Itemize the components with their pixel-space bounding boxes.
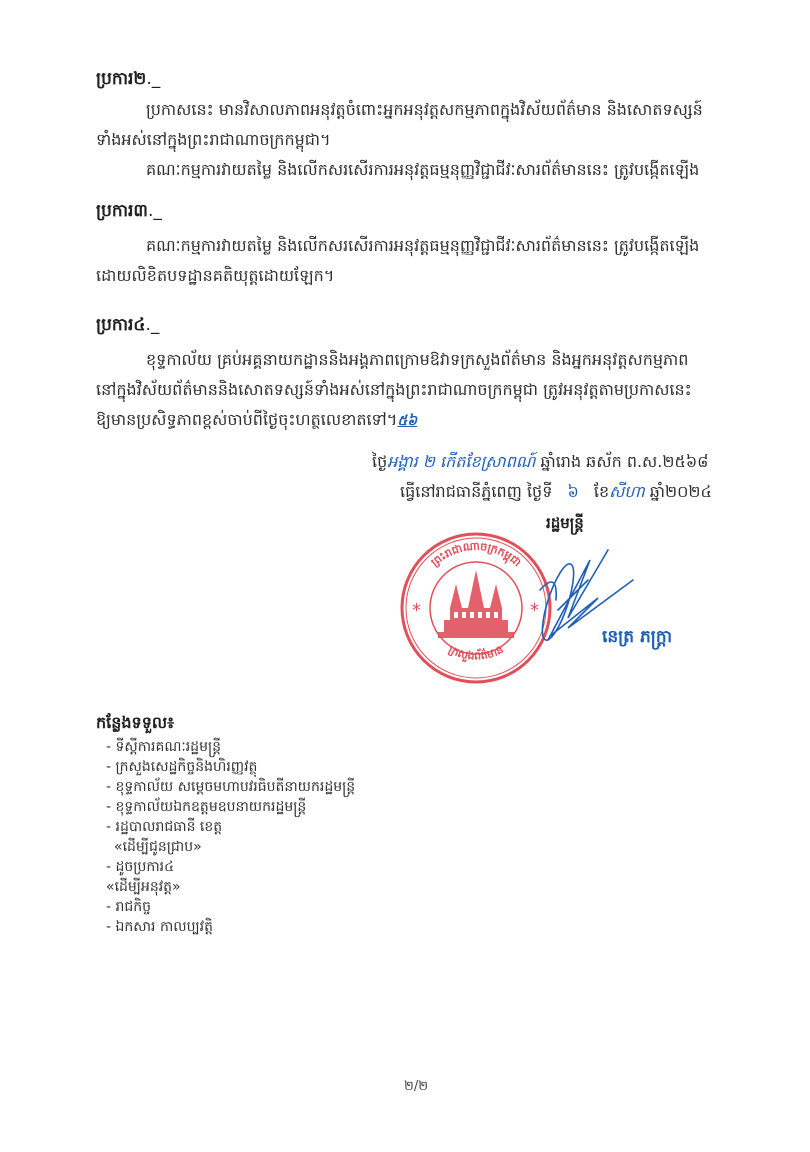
solar-date-month: សីហា: [609, 482, 645, 501]
article-2-para-2: គណៈកម្មការវាយតម្លៃ និងលើកសរសើរការអនុវត្ត…: [146, 156, 699, 184]
article-heading-text: ប្រការ៤: [96, 315, 145, 335]
article-heading-suffix: ._: [148, 201, 162, 221]
article-2-para-1-line-2: ទាំងអស់នៅក្នុងព្រះរាជាណាចក្រកម្ពុជា។: [96, 126, 331, 154]
recipients-list: - ទីស្តីការគណៈរដ្ឋមន្ត្រី - ក្រសួងសេដ្ឋក…: [106, 738, 355, 938]
article-3-line-1: គណៈកម្មការវាយតម្លៃ និងលើកសរសើរការអនុវត្ត…: [146, 232, 699, 260]
article-3-line-2: ដោយលិខិតបទដ្ឋានគតិយុត្តដោយឡែក។: [96, 262, 334, 290]
recipient-item: - រដ្ឋបាលរាជធានី ខេត្ត: [106, 818, 355, 838]
recipient-item-note: «ដើម្បីអនុវត្ត»: [106, 878, 355, 898]
recipients-title: កន្លែងទទួល៖: [96, 712, 174, 736]
solar-date-prefix: ធ្វើនៅរាជធានីភ្នំពេញ ថ្ងៃទី: [400, 482, 552, 501]
article-2-para-1-line-1: ប្រកាសនេះ មានវិសាលភាពអនុវត្តចំពោះអ្នកអនុ…: [146, 96, 703, 124]
article-3-heading: ប្រការ៣._: [96, 200, 162, 225]
recipient-item: - ទីស្តីការគណៈរដ្ឋមន្ត្រី: [106, 738, 355, 758]
article-4-line-3: ឱ្យមានប្រសិទ្ធភាពខ្ពស់ចាប់ពីថ្ងៃចុះហត្ថល…: [96, 406, 417, 435]
lunar-date-line: ថ្ងៃអង្គារ ២ កើតខែស្រាពណ៍ ឆ្នាំរោង ឆស័ក …: [372, 448, 708, 476]
document-page: ប្រការ២._ ប្រកាសនេះ មានវិសាលភាពអនុវត្តចំ…: [0, 0, 810, 1152]
svg-text:ព្រះរាជាណាចក្រកម្ពុជា: ព្រះរាជាណាចក្រកម្ពុជា: [429, 540, 524, 570]
article-heading-text: ប្រការ៣: [96, 201, 148, 221]
article-heading-text: ប្រការ២: [96, 69, 146, 89]
recipient-item: - រាជកិច្ច: [106, 898, 355, 918]
solar-date-day: ៦: [567, 482, 578, 501]
article-4-line-1: ខុទ្ទកាល័យ គ្រប់អគ្គនាយកដ្ឋាននិងអង្គភាពក…: [146, 346, 688, 374]
recipient-item-note: «ដើម្បីជូនជ្រាប»: [106, 838, 355, 858]
signatory-name: នេត្រ ភក្ត្រា: [602, 626, 672, 651]
article-heading-suffix: ._: [146, 69, 160, 89]
lunar-date-prefix: ថ្ងៃ: [372, 452, 387, 471]
article-4-line-2: នៅក្នុងវិស័យព័ត៌មាននិងសោតទស្សន៍ទាំងអស់នៅ…: [96, 376, 692, 404]
handwritten-initials: ៥៦: [397, 413, 417, 429]
recipient-item: - ខុទ្ទកាល័យឯកឧត្តមឧបនាយករដ្ឋមន្ត្រី: [106, 798, 355, 818]
article-4-heading: ប្រការ៤._: [96, 314, 159, 339]
recipient-item: - ឯកសារ កាលប្បវត្តិ: [106, 918, 355, 938]
solar-date-month-label: ខែ: [594, 482, 609, 501]
svg-text:*: *: [412, 600, 421, 621]
lunar-date-handwritten: អង្គារ ២ កើតខែស្រាពណ៍: [387, 452, 535, 471]
svg-text:ក្រសួងព័ត៌មាន: ក្រសួងព័ត៌មាន: [446, 643, 505, 663]
recipient-item: - ដូចប្រការ៤: [106, 858, 355, 878]
solar-date-year: ឆ្នាំ២០២៤: [650, 482, 712, 501]
page-number: ២/២: [404, 1078, 428, 1097]
lunar-date-suffix: ឆ្នាំរោង ឆស័ក ព.ស.២៥៦៨: [540, 452, 708, 471]
article-2-heading: ប្រការ២._: [96, 68, 160, 93]
article-4-line-3-text: ឱ្យមានប្រសិទ្ធភាពខ្ពស់ចាប់ពីថ្ងៃចុះហត្ថល…: [96, 410, 397, 429]
solar-date-line: ធ្វើនៅរាជធានីភ្នំពេញ ថ្ងៃទី ៦ ខែសីហា ឆ្ន…: [400, 478, 712, 506]
recipient-item: - ខុទ្ទកាល័យ សម្តេចមហាបវរធិបតីនាយករដ្ឋមន…: [106, 778, 355, 798]
article-heading-suffix: ._: [145, 315, 159, 335]
recipient-item: - ក្រសួងសេដ្ឋកិច្ចនិងហិរញ្ញវត្ថុ: [106, 758, 355, 778]
